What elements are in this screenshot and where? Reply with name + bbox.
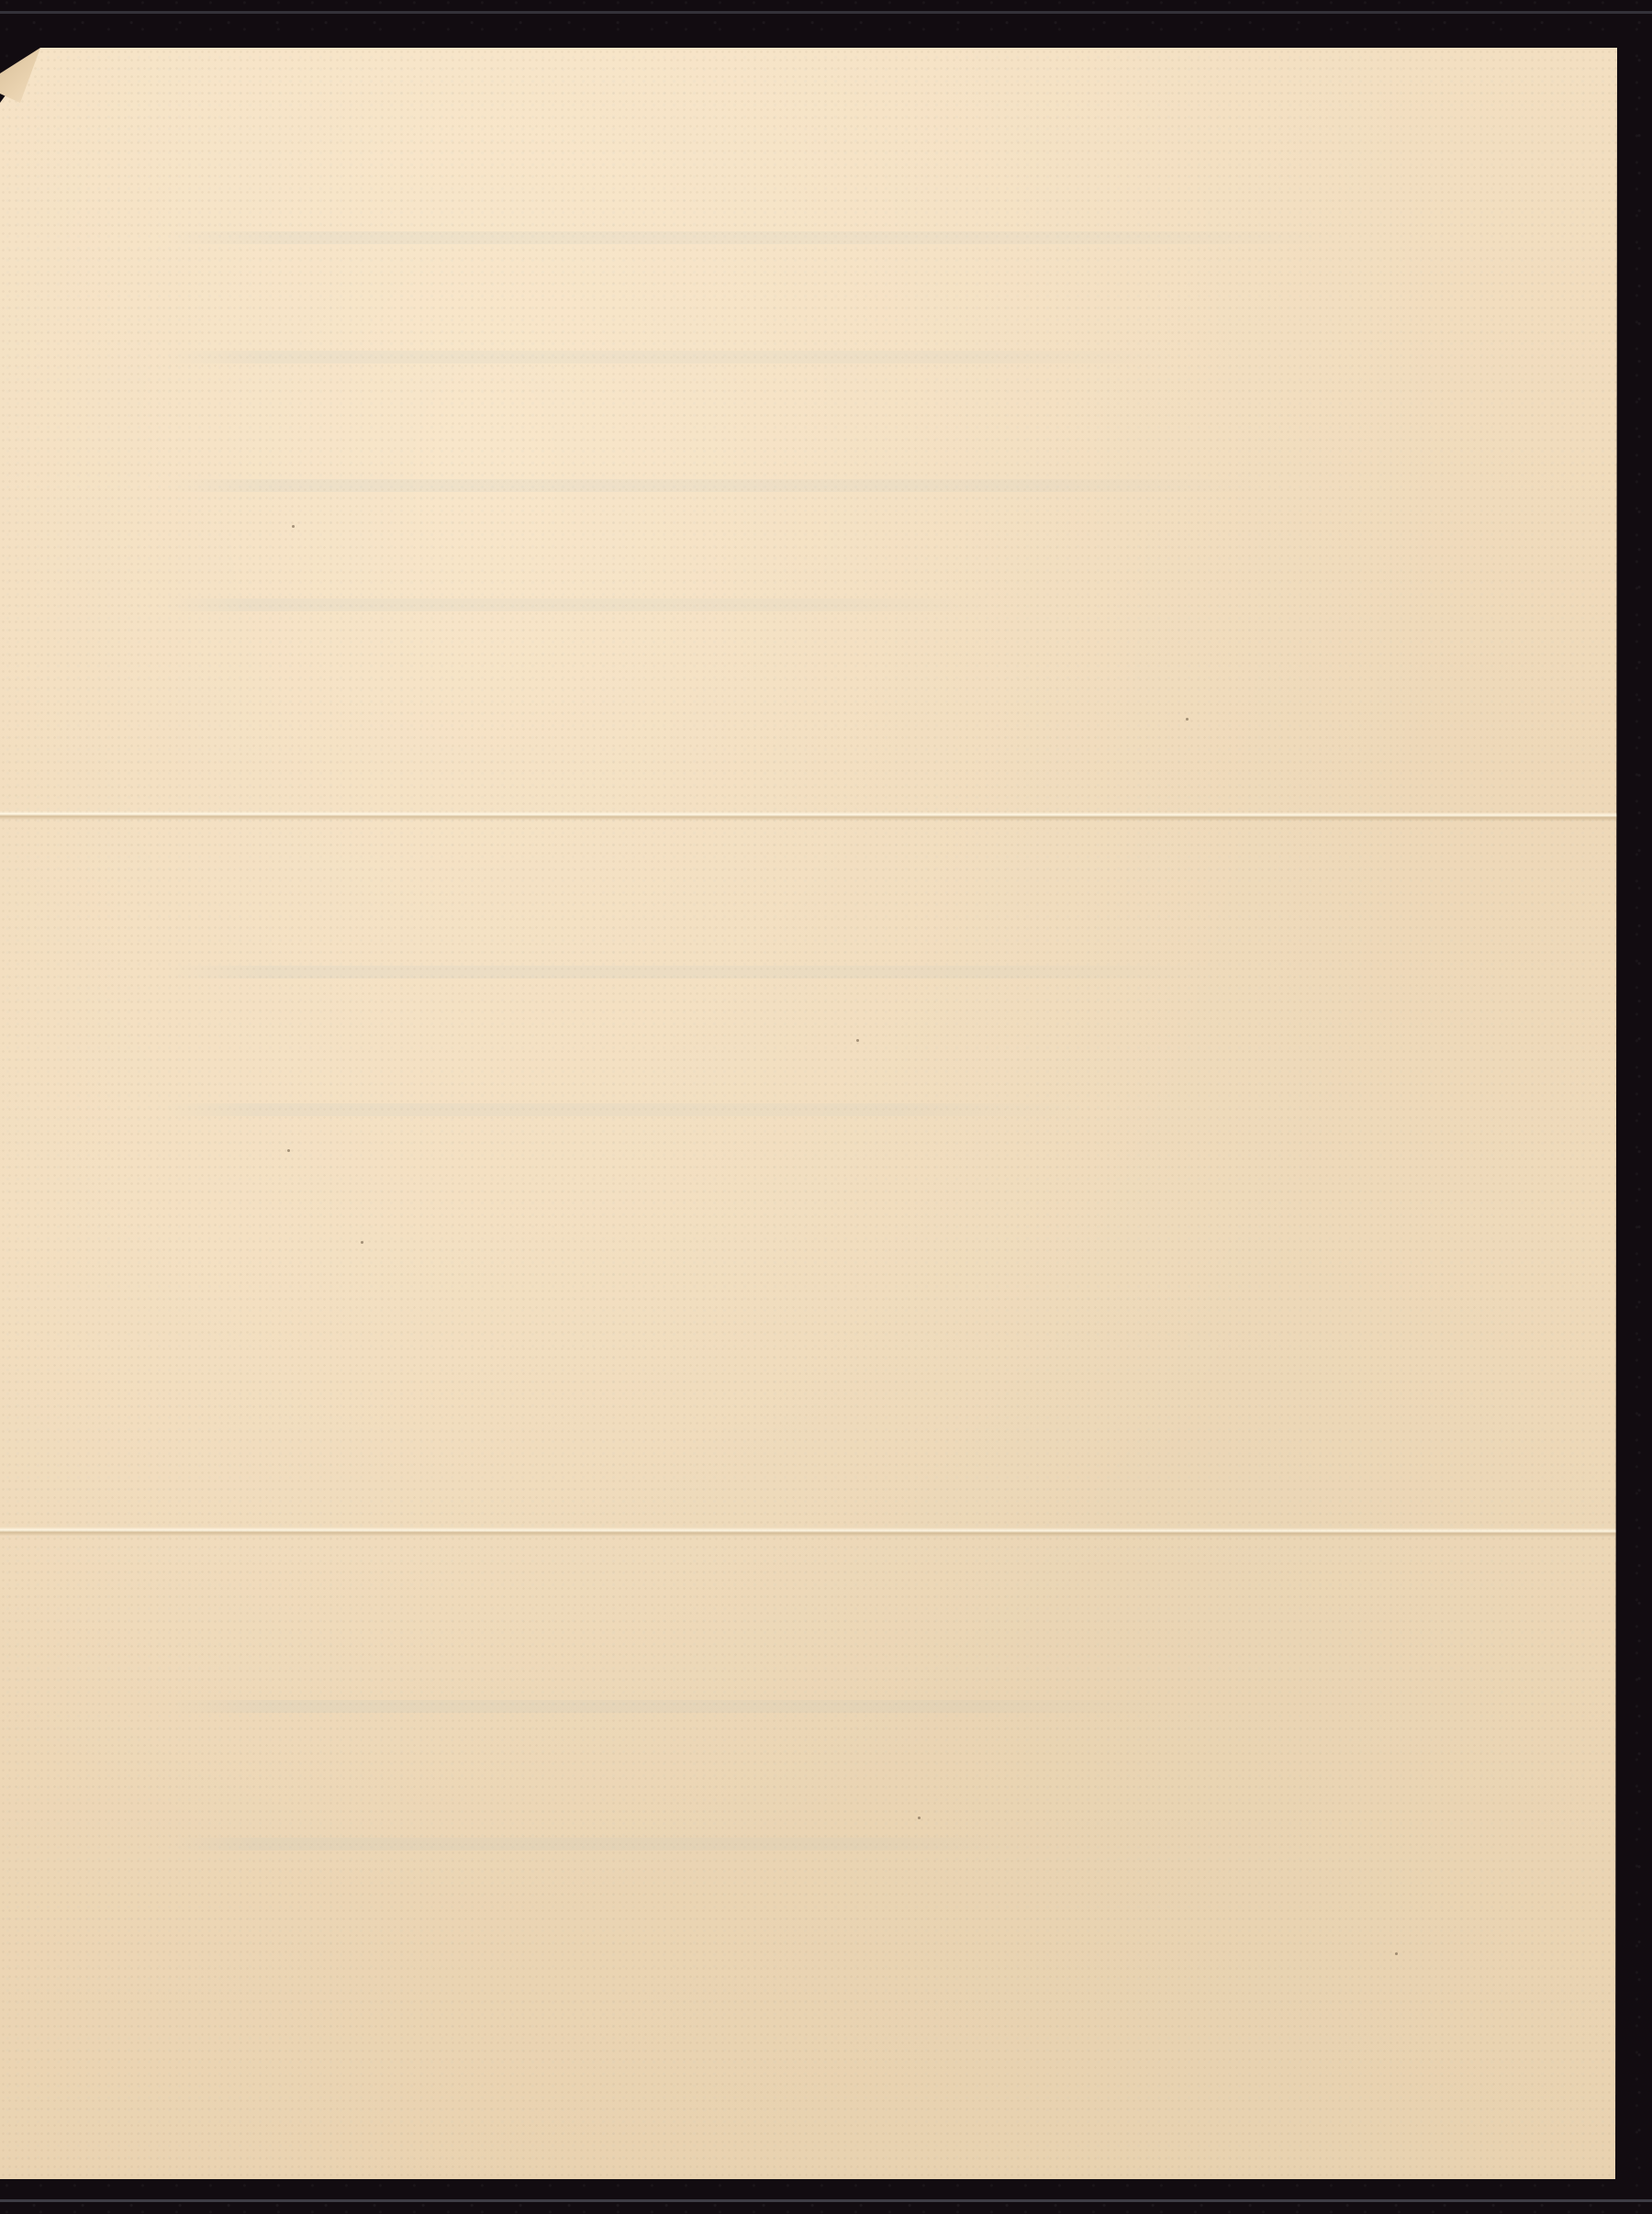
- bleed-through-mark: [165, 966, 1221, 978]
- paper-speck: [287, 1149, 290, 1152]
- paper-sheet: [0, 48, 1617, 2179]
- bleed-through-mark: [165, 1838, 1037, 1851]
- bleed-through-mark: [165, 351, 1175, 363]
- paper-speck: [918, 1817, 921, 1819]
- fold-crease-lower: [0, 1526, 1617, 1537]
- bleed-through-mark: [165, 231, 1358, 244]
- bleed-through-mark: [165, 598, 991, 611]
- fold-crease-upper: [0, 811, 1617, 822]
- paper-speck: [1186, 718, 1189, 721]
- paper-speck: [361, 1241, 363, 1244]
- bleed-through-mark: [165, 1103, 1083, 1116]
- bleed-through-mark: [165, 479, 1267, 492]
- bleed-through-mark: [165, 1700, 1175, 1713]
- scanner-edge-top: [0, 11, 1652, 14]
- paper-speck: [856, 1039, 859, 1042]
- paper-speck: [1395, 1952, 1398, 1955]
- scanner-edge-bottom: [0, 2199, 1652, 2202]
- paper-speck: [292, 525, 295, 528]
